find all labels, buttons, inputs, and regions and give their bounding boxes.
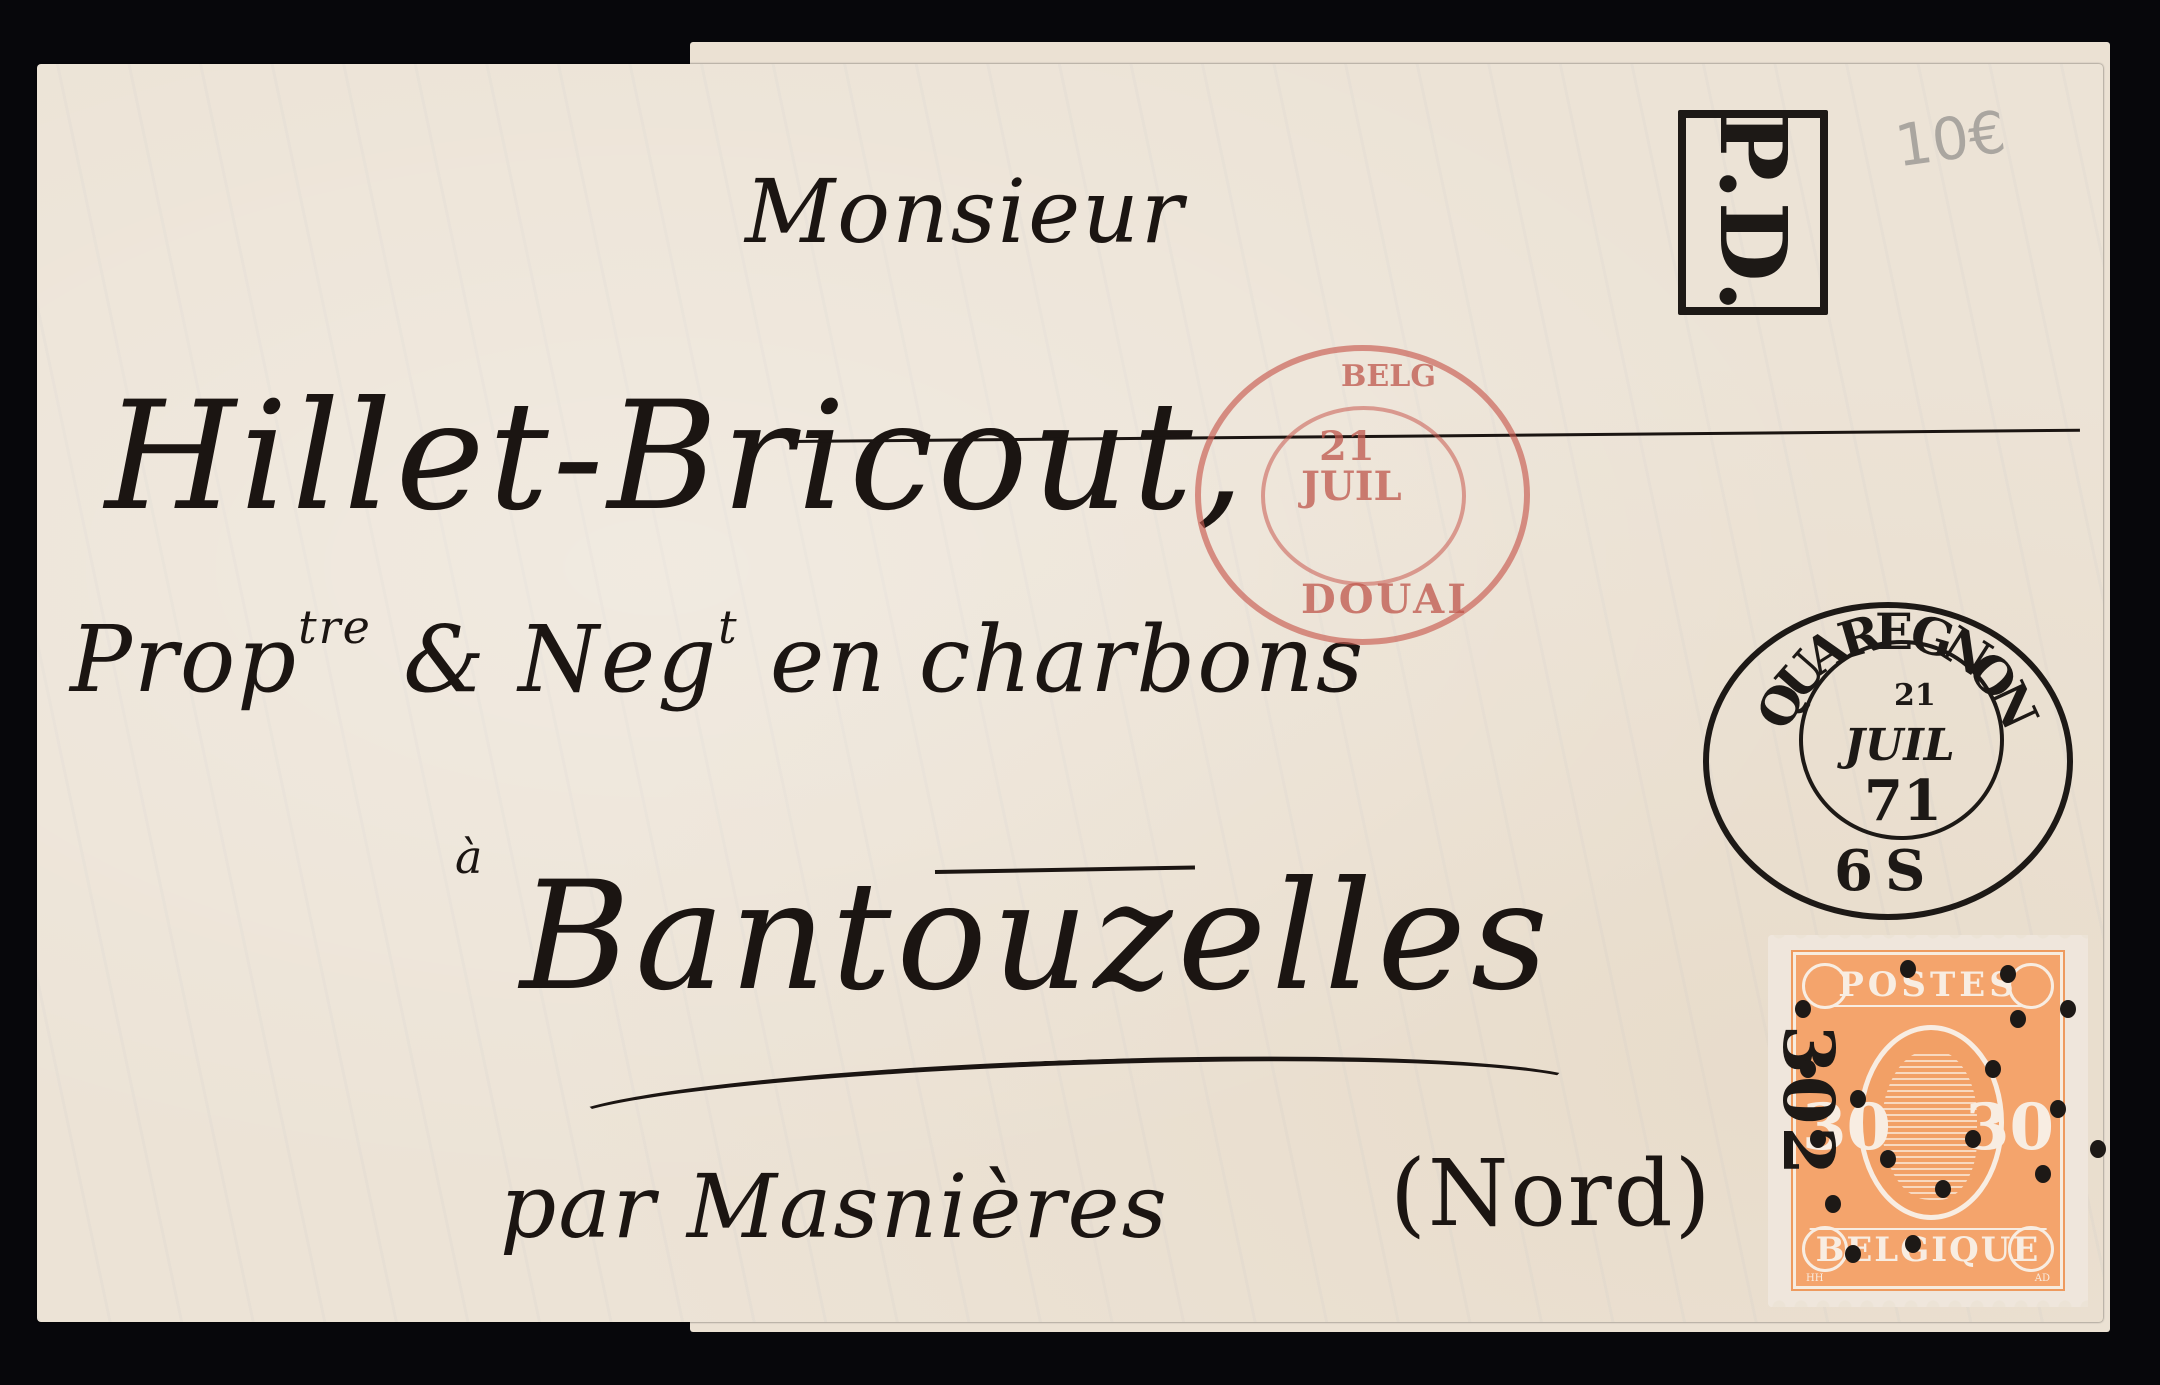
quaregnon-day: 21 <box>1894 678 1936 713</box>
stamp-header: POSTES <box>1832 965 2024 1007</box>
stamp-engraver-left: HH <box>1806 1273 1823 1284</box>
cancel-dot <box>2010 1010 2026 1028</box>
stamp-value-right: 30 <box>1965 1090 2054 1165</box>
cancel-dot <box>1795 1000 1811 1018</box>
red-postmark-top-text: BELG <box>1341 359 1436 394</box>
pd-paid-destination-mark: P.D. <box>1678 110 1828 315</box>
cancel-dot <box>1800 1060 1816 1078</box>
town-prefix: à <box>455 830 484 884</box>
red-postmark-city: DOUAI <box>1301 576 1469 623</box>
routing-via: par Masnières <box>500 1155 1169 1258</box>
cancel-dot <box>1880 1150 1896 1168</box>
cancel-dot <box>1825 1195 1841 1213</box>
cancel-dot <box>1985 1060 2001 1078</box>
profession-sup-2: t <box>718 600 739 654</box>
cancel-dot <box>2000 965 2016 983</box>
red-postmark-month: JUIL <box>1301 463 1402 510</box>
numeral-cancel: 302 <box>1767 1025 1850 1177</box>
red-entry-postmark: BELG 21 JUIL DOUAI <box>1195 345 1530 645</box>
quaregnon-postmark: QUAREGNON 21 JUIL 71 6S <box>1703 602 2073 920</box>
quaregnon-year: 71 <box>1864 768 1942 834</box>
cancel-dot <box>1810 1130 1826 1148</box>
cancel-dot <box>2035 1165 2051 1183</box>
recipient-profession: Proptre & Negt en charbons <box>70 600 1365 713</box>
profession-mid: & Neg <box>403 606 718 713</box>
profession-sup-1: tre <box>298 600 372 654</box>
cancel-dot <box>2060 1000 2076 1018</box>
cancel-dot <box>1965 1130 1981 1148</box>
cancel-dot <box>1935 1180 1951 1198</box>
cancel-dot <box>1850 1090 1866 1108</box>
department: (Nord) <box>1390 1140 1713 1247</box>
profession-prefix: Prop <box>70 606 298 713</box>
stamp-engraver-right: AD <box>2035 1273 2050 1284</box>
pd-text: P.D. <box>1699 111 1807 314</box>
quaregnon-month: JUIL <box>1844 720 1955 771</box>
cancel-dot <box>1845 1245 1861 1263</box>
cancel-dot <box>2050 1100 2066 1118</box>
king-portrait-icon <box>1882 1050 1977 1200</box>
recipient-name: Hillet-Bricout, <box>105 370 1248 544</box>
cancel-dot <box>1900 960 1916 978</box>
destination-town: Bantouzelles <box>520 850 1553 1024</box>
cancel-dot <box>1905 1235 1921 1253</box>
cancel-dot <box>2090 1140 2106 1158</box>
quaregnon-hour: 6S <box>1834 838 1937 904</box>
salutation: Monsieur <box>745 160 1185 263</box>
